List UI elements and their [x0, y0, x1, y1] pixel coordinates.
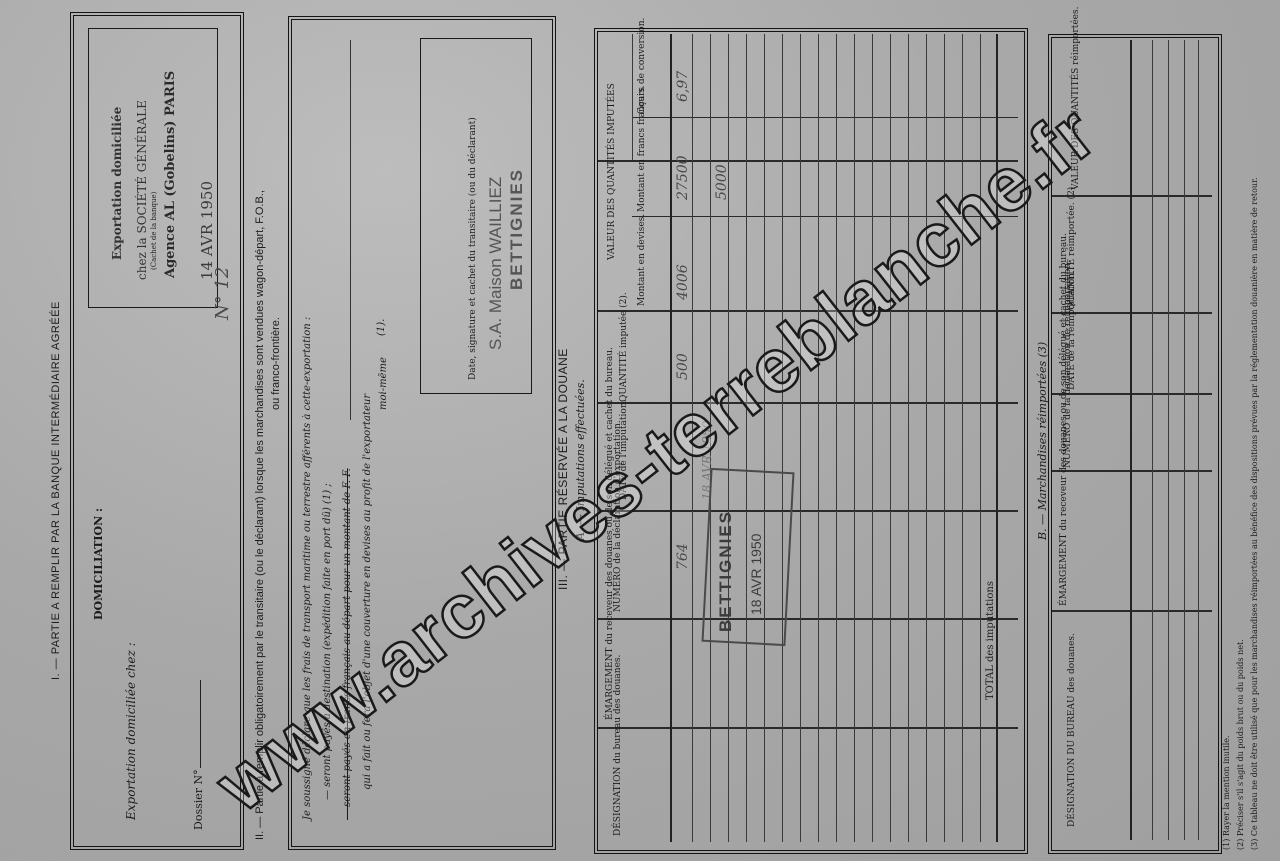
b-col-divider	[1052, 393, 1212, 395]
customs-stamp-line2: 18 AVR 1950	[748, 505, 764, 615]
b-col-header-date: DATE de la réimportation.	[1066, 318, 1110, 390]
b-row-line	[1184, 40, 1185, 840]
row-line	[908, 34, 909, 842]
row2-montant-francs[interactable]: 5000	[714, 160, 730, 200]
handwritten-number: N° 12	[212, 250, 233, 320]
row-line	[836, 34, 837, 842]
exportation-label: Exportation domiciliée chez :	[124, 640, 138, 820]
bank-stamp-line3: Agence AL (Gobelins) PARIS	[163, 68, 178, 278]
footnote-3: (3) Ce tableau ne doit être utilisé que …	[1250, 10, 1259, 850]
row-line	[872, 34, 873, 842]
row-line	[782, 34, 783, 842]
subcol-divider	[632, 117, 1018, 118]
row-line	[800, 34, 801, 842]
row-line	[818, 34, 819, 842]
b-header-divider	[1130, 40, 1132, 840]
row1-cours[interactable]: 6,97	[675, 62, 691, 102]
section2-title-line2: ou franco-frontière.	[270, 300, 282, 410]
col-header-emargement: ÉMARGEMENT du receveur des douanes ou de…	[604, 624, 664, 720]
b-row-line	[1168, 40, 1169, 840]
b-row-line	[1198, 40, 1199, 840]
bank-stamp-line2: chez la SOCIÉTÉ GÉNÉRALE	[135, 70, 149, 280]
row-line	[764, 34, 765, 842]
section1-title: I. — PARTIE A REMPLIR PAR LA BANQUE INTE…	[50, 140, 62, 680]
b-col-divider	[1052, 610, 1212, 612]
declaration-moi-meme: moi-même	[378, 340, 389, 410]
bank-stamp-line1: Exportation domiciliée	[110, 80, 124, 260]
b-col-header-numero: NUMÉRO de la déclaration de réimportatio…	[1062, 398, 1118, 468]
document-scan: I. — PARTIE A REMPLIR PAR LA BANQUE INTE…	[0, 0, 1280, 861]
col-header-designation: DÉSIGNATION du bureau des douanes.	[612, 740, 656, 836]
row1-quantite[interactable]: 500	[675, 340, 691, 380]
subcol-header-cours: Cours de conversion.	[636, 40, 666, 114]
declaration-option2[interactable]: — seront payés en francs français au dép…	[342, 420, 353, 820]
col-divider	[598, 727, 1018, 729]
row1-numero[interactable]: 764	[675, 530, 691, 570]
row-line	[890, 34, 891, 842]
header-subdivider	[632, 34, 633, 160]
amount-ff-field[interactable]	[350, 40, 351, 420]
col-header-valeur: VALEUR DES QUANTITÉS IMPUTÉES	[606, 40, 630, 304]
subcol-header-devises: Montant en devises.	[636, 222, 666, 306]
row-line	[926, 34, 927, 842]
row1-montant-devises[interactable]: 4006	[675, 250, 691, 300]
subcol-header-francs: Montant en francs français.	[636, 122, 666, 212]
footnote-2: (2) Préciser s'il s'agit du poids brut o…	[1236, 560, 1245, 850]
row-line	[962, 34, 963, 842]
signature-stamp-line1: S.A. Maison WAILLIEZ	[486, 90, 506, 350]
bank-stamp-caption: (Cachet de la banque)	[150, 80, 158, 270]
total-imputations-label: TOTAL des imputations	[985, 570, 996, 700]
signature-box-label: Date, signature et cachet du transitaire…	[468, 70, 478, 380]
dossier-field[interactable]	[200, 680, 201, 768]
col-header-quantite: QUANTITÉ imputée (2).	[618, 316, 658, 402]
row1-montant-francs[interactable]: 27500	[675, 140, 691, 200]
col-divider	[598, 618, 1018, 620]
domiciliation-label: DOMICILIATION :	[92, 520, 105, 620]
row-line	[944, 34, 945, 842]
b-col-header-emargement: ÉMARGEMENT du receveur des douanes ou de…	[1058, 476, 1122, 606]
b-row-line	[1152, 40, 1153, 840]
customs-stamp-line1: BETTIGNIES	[716, 482, 736, 632]
footnote-1: (1) Rayer la mention inutile.	[1222, 600, 1231, 850]
b-col-divider	[1052, 470, 1212, 472]
b-col-header-quantite: QUANTITÉ réimportée. (2)	[1066, 200, 1110, 310]
signature-stamp-line2: BETTIGNIES	[507, 150, 527, 290]
b-col-header-designation: DÉSIGNATION DU BUREAU des douanes.	[1066, 630, 1110, 830]
declaration-note: (1).	[376, 310, 387, 336]
dossier-label: Dossier N°	[192, 770, 205, 830]
row-line	[854, 34, 855, 842]
